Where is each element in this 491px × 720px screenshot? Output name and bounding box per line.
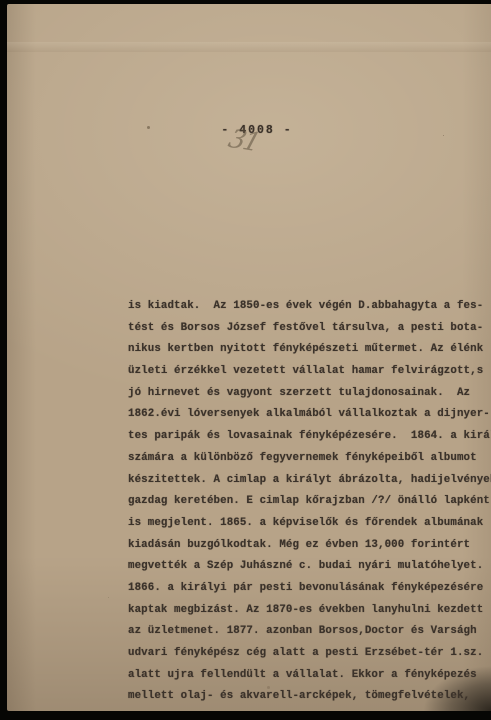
text-line: jó hirnevet és vagyont szerzett tulajdon… bbox=[128, 383, 490, 405]
text-line: 1866. a királyi pár pesti bevonulásának … bbox=[128, 578, 490, 600]
text-line: készitettek. A cimlap a királyt ábrázolt… bbox=[128, 470, 490, 492]
text-line: kiadásán buzgólkodtak. Még ez évben 13,0… bbox=[128, 535, 490, 557]
typewritten-text-block: is kiadtak. Az 1850-es évek végén D.abba… bbox=[128, 296, 490, 708]
scan-background: - 4008 - 31 is kiadtak. Az 1850-es évek … bbox=[0, 0, 491, 720]
text-line: is megjelent. 1865. a képviselők és főre… bbox=[128, 513, 490, 535]
text-line: kaptak megbizást. Az 1870-es években lan… bbox=[128, 600, 490, 622]
text-line: is kiadtak. Az 1850-es évek végén D.abba… bbox=[128, 296, 490, 318]
text-line: számára a különböző fegyvernemek fénykép… bbox=[128, 448, 490, 470]
text-line: mellett olaj- és akvarell-arcképek, töme… bbox=[128, 686, 490, 708]
text-line: tést és Borsos József festővel társulva,… bbox=[128, 318, 490, 340]
document-page: - 4008 - 31 is kiadtak. Az 1850-es évek … bbox=[7, 4, 491, 711]
text-line: tes paripák és lovasainak fényképézesére… bbox=[128, 426, 490, 448]
text-line: alatt ujra fellendült a vállalat. Ekkor … bbox=[128, 665, 490, 687]
text-line: az üzletmenet. 1877. azonban Borsos,Doct… bbox=[128, 621, 490, 643]
text-line: üzleti érzékkel vezetett vállalat hamar … bbox=[128, 361, 490, 383]
text-line: nikus kertben nyitott fényképészeti műte… bbox=[128, 339, 490, 361]
text-line: udvari fényképész cég alatt a pesti Erzs… bbox=[128, 643, 490, 665]
text-line: 1862.évi lóversenyek alkalmából vállalko… bbox=[128, 404, 490, 426]
text-line: megvették a Szép Juhászné c. budai nyári… bbox=[128, 556, 490, 578]
text-line: gazdag keretében. E cimlap kőrajzban /?/… bbox=[128, 491, 490, 513]
